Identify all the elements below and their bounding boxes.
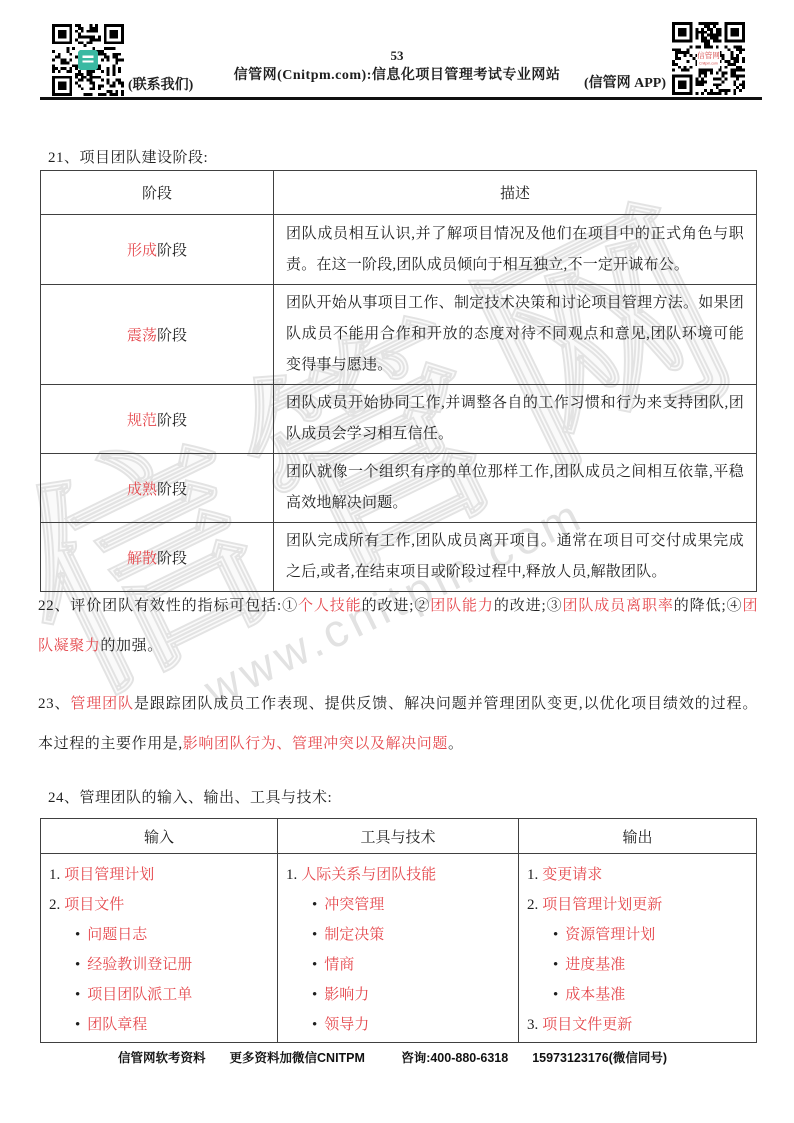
item-number: 3. bbox=[527, 1017, 538, 1033]
text-segment: 团队能力 bbox=[430, 598, 494, 614]
text-segment: 的降低;④ bbox=[674, 598, 743, 614]
item-number: 2. bbox=[49, 897, 60, 913]
text-segment: 个人技能 bbox=[298, 598, 362, 614]
stage-description-cell: 团队开始从事项目工作、制定技术决策和讨论项目管理方法。如果团队成员不能用合作和开… bbox=[274, 285, 757, 385]
text-segment: 22、评价团队有效性的指标可包括:① bbox=[38, 598, 298, 614]
tools-cell: 1.人际关系与团队技能•冲突管理•制定决策•情商•影响力•领导力 bbox=[278, 854, 519, 1043]
text-segment: 的改进;③ bbox=[494, 598, 563, 614]
itto-bullet-item: •制定决策 bbox=[286, 920, 510, 950]
itto-numbered-item: 2.项目文件 bbox=[49, 890, 269, 920]
item-text: 变更请求 bbox=[542, 867, 602, 883]
page-footer: 信管网软考资料 更多资料加微信CNITPM 咨询:400-880-6318 15… bbox=[118, 1048, 667, 1066]
item21-label: 21、项目团队建设阶段: bbox=[48, 146, 758, 167]
itto-bullet-item: •成本基准 bbox=[527, 980, 748, 1010]
item-text: 冲突管理 bbox=[324, 897, 384, 913]
stage-name-highlight: 解散 bbox=[127, 551, 157, 567]
stage-name-suffix: 阶段 bbox=[157, 328, 187, 344]
stage-column-header: 阶段 bbox=[41, 171, 274, 215]
bullet-icon: • bbox=[75, 987, 80, 1003]
item-text: 团队章程 bbox=[87, 1017, 147, 1033]
bullet-icon: • bbox=[553, 957, 558, 973]
team-stages-table: 阶段 描述 形成阶段团队成员相互认识,并了解项目情况及他们在项目中的正式角色与职… bbox=[40, 170, 757, 592]
itto-bullet-item: •影响力 bbox=[286, 980, 510, 1010]
text-segment: 的改进;② bbox=[362, 598, 431, 614]
item-text: 项目管理计划 bbox=[64, 867, 154, 883]
tools-column-header: 工具与技术 bbox=[278, 819, 519, 854]
text-segment: 管理团队 bbox=[70, 696, 134, 712]
footer-wechat-note: 更多资料加微信CNITPM bbox=[230, 1048, 365, 1066]
itto-bullet-item: •领导力 bbox=[286, 1010, 510, 1040]
bullet-icon: • bbox=[312, 1017, 317, 1033]
stage-name-cell: 震荡阶段 bbox=[41, 285, 274, 385]
itto-numbered-item: 1.变更请求 bbox=[527, 860, 748, 890]
stage-name-suffix: 阶段 bbox=[157, 243, 187, 259]
text-segment: 团队成员离职率 bbox=[563, 598, 674, 614]
table-header-row: 输入 工具与技术 输出 bbox=[41, 819, 757, 854]
itto-bullet-item: •经验教训登记册 bbox=[49, 950, 269, 980]
item-text: 问题日志 bbox=[87, 927, 147, 943]
stage-description-cell: 团队完成所有工作,团队成员离开项目。通常在项目可交付成果完成之后,或者,在结束项… bbox=[274, 523, 757, 592]
stage-name-cell: 解散阶段 bbox=[41, 523, 274, 592]
item-text: 影响力 bbox=[324, 987, 369, 1003]
stage-name-highlight: 成熟 bbox=[127, 482, 157, 498]
bullet-icon: • bbox=[553, 987, 558, 1003]
item-text: 制定决策 bbox=[324, 927, 384, 943]
item-text: 情商 bbox=[324, 957, 354, 973]
outputs-cell: 1.变更请求2.项目管理计划更新•资源管理计划•进度基准•成本基准3.项目文件更… bbox=[519, 854, 757, 1043]
text-segment: 的加强。 bbox=[100, 638, 162, 654]
item-text: 项目文件更新 bbox=[542, 1017, 632, 1033]
team-stage-row: 成熟阶段团队就像一个组织有序的单位那样工作,团队成员之间相互依靠,平稳高效地解决… bbox=[41, 454, 757, 523]
stage-name-cell: 形成阶段 bbox=[41, 215, 274, 285]
outputs-column-header: 输出 bbox=[519, 819, 757, 854]
item23-paragraph: 23、管理团队是跟踪团队成员工作表现、提供反馈、解决问题并管理团队变更,以优化项… bbox=[38, 684, 758, 764]
item-number: 1. bbox=[286, 867, 297, 883]
itto-numbered-item: 2.项目管理计划更新 bbox=[527, 890, 748, 920]
item-text: 人际关系与团队技能 bbox=[301, 867, 436, 883]
bullet-icon: • bbox=[553, 927, 558, 943]
itto-bullet-item: •团队章程 bbox=[49, 1010, 269, 1040]
bullet-icon: • bbox=[75, 1017, 80, 1033]
stage-name-suffix: 阶段 bbox=[157, 482, 187, 498]
item-text: 领导力 bbox=[324, 1017, 369, 1033]
itto-numbered-item: 1.人际关系与团队技能 bbox=[286, 860, 510, 890]
item-text: 项目文件 bbox=[64, 897, 124, 913]
text-segment: 。 bbox=[448, 736, 464, 752]
header-center: 53 信管网(Cnitpm.com):信息化项目管理考试专业网站 bbox=[0, 46, 794, 86]
footer-hotline: 咨询:400-880-6318 bbox=[401, 1048, 508, 1066]
team-stage-row: 解散阶段团队完成所有工作,团队成员离开项目。通常在项目可交付成果完成之后,或者,… bbox=[41, 523, 757, 592]
itto-body-row: 1.项目管理计划2.项目文件•问题日志•经验教训登记册•项目团队派工单•团队章程… bbox=[41, 854, 757, 1043]
bullet-icon: • bbox=[312, 987, 317, 1003]
text-segment: 影响团队行为、管理冲突以及解决问题 bbox=[183, 736, 448, 752]
header-divider bbox=[40, 97, 762, 100]
stage-name-cell: 规范阶段 bbox=[41, 385, 274, 454]
team-stage-row: 规范阶段团队成员开始协同工作,并调整各自的工作习惯和行为来支持团队,团队成员会学… bbox=[41, 385, 757, 454]
itto-bullet-item: •情商 bbox=[286, 950, 510, 980]
footer-phone: 15973123176(微信同号) bbox=[532, 1048, 667, 1066]
team-stage-row: 形成阶段团队成员相互认识,并了解项目情况及他们在项目中的正式角色与职责。在这一阶… bbox=[41, 215, 757, 285]
item22-paragraph: 22、评价团队有效性的指标可包括:①个人技能的改进;②团队能力的改进;③团队成员… bbox=[38, 586, 758, 666]
item-number: 2. bbox=[527, 897, 538, 913]
itto-bullet-item: •资源管理计划 bbox=[527, 920, 748, 950]
bullet-icon: • bbox=[312, 897, 317, 913]
item-text: 项目管理计划更新 bbox=[542, 897, 662, 913]
itto-bullet-item: •问题日志 bbox=[49, 920, 269, 950]
team-stage-row: 震荡阶段团队开始从事项目工作、制定技术决策和讨论项目管理方法。如果团队成员不能用… bbox=[41, 285, 757, 385]
text-segment: 23、 bbox=[38, 696, 70, 712]
itto-numbered-item: 3.项目文件更新 bbox=[527, 1010, 748, 1040]
page-number: 53 bbox=[0, 46, 794, 66]
table-header-row: 阶段 描述 bbox=[41, 171, 757, 215]
itto-table: 输入 工具与技术 输出 1.项目管理计划2.项目文件•问题日志•经验教训登记册•… bbox=[40, 818, 757, 1043]
bullet-icon: • bbox=[75, 927, 80, 943]
bullet-icon: • bbox=[312, 927, 317, 943]
inputs-cell: 1.项目管理计划2.项目文件•问题日志•经验教训登记册•项目团队派工单•团队章程 bbox=[41, 854, 278, 1043]
bullet-icon: • bbox=[75, 957, 80, 973]
description-column-header: 描述 bbox=[274, 171, 757, 215]
item-number: 1. bbox=[49, 867, 60, 883]
inputs-column-header: 输入 bbox=[41, 819, 278, 854]
item-text: 项目团队派工单 bbox=[87, 987, 192, 1003]
bullet-icon: • bbox=[312, 957, 317, 973]
stage-description-cell: 团队就像一个组织有序的单位那样工作,团队成员之间相互依靠,平稳高效地解决问题。 bbox=[274, 454, 757, 523]
item-number: 1. bbox=[527, 867, 538, 883]
stage-description-cell: 团队成员相互认识,并了解项目情况及他们在项目中的正式角色与职责。在这一阶段,团队… bbox=[274, 215, 757, 285]
footer-brand: 信管网软考资料 bbox=[118, 1048, 206, 1066]
itto-bullet-item: •项目团队派工单 bbox=[49, 980, 269, 1010]
item-text: 经验教训登记册 bbox=[87, 957, 192, 973]
stage-name-cell: 成熟阶段 bbox=[41, 454, 274, 523]
item-text: 进度基准 bbox=[565, 957, 625, 973]
item-text: 资源管理计划 bbox=[565, 927, 655, 943]
stage-name-suffix: 阶段 bbox=[157, 413, 187, 429]
item24-label: 24、管理团队的输入、输出、工具与技术: bbox=[48, 786, 758, 807]
stage-name-highlight: 形成 bbox=[127, 243, 157, 259]
stage-description-cell: 团队成员开始协同工作,并调整各自的工作习惯和行为来支持团队,团队成员会学习相互信… bbox=[274, 385, 757, 454]
document-page: 信管网 www.cnitpm.com 信管网Cnitpm.com (联系我们) … bbox=[0, 0, 794, 1123]
itto-numbered-item: 1.项目管理计划 bbox=[49, 860, 269, 890]
stage-name-suffix: 阶段 bbox=[157, 551, 187, 567]
item-text: 成本基准 bbox=[565, 987, 625, 1003]
itto-bullet-item: •冲突管理 bbox=[286, 890, 510, 920]
site-title: 信管网(Cnitpm.com):信息化项目管理考试专业网站 bbox=[0, 66, 794, 86]
itto-bullet-item: •进度基准 bbox=[527, 950, 748, 980]
stage-name-highlight: 规范 bbox=[127, 413, 157, 429]
stage-name-highlight: 震荡 bbox=[127, 328, 157, 344]
